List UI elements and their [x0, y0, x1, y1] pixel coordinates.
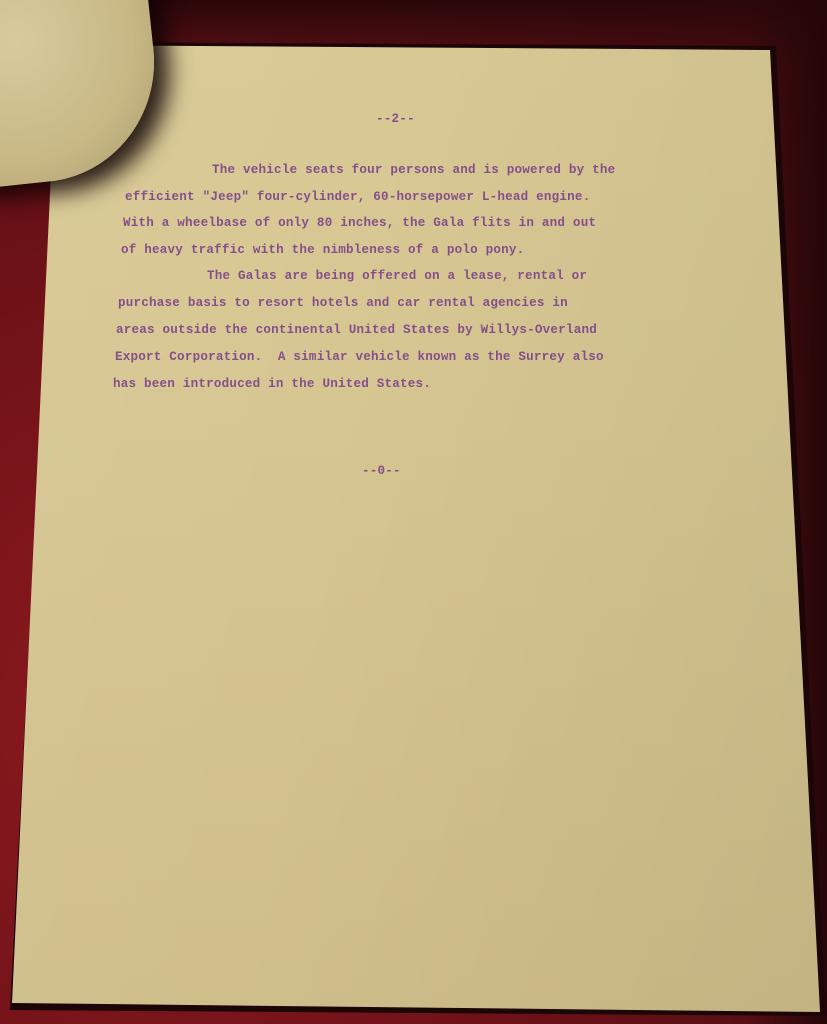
paragraph-1-line-2: efficient "Jeep" four-cylinder, 60-horse… — [125, 190, 590, 204]
paragraph-2-line-1: The Galas are being offered on a lease, … — [207, 269, 587, 283]
page-number: --2-- — [376, 112, 415, 126]
paragraph-1-line-1: The vehicle seats four persons and is po… — [212, 163, 615, 177]
paragraph-2-line-4: Export Corporation. A similar vehicle kn… — [115, 350, 604, 364]
paragraph-2-line-2: purchase basis to resort hotels and car … — [118, 296, 568, 310]
paragraph-1-line-3: With a wheelbase of only 80 inches, the … — [123, 216, 596, 230]
typed-page — [0, 0, 827, 1024]
paragraph-2-line-3: areas outside the continental United Sta… — [116, 323, 597, 337]
paragraph-1-line-4: of heavy traffic with the nimbleness of … — [121, 243, 524, 257]
paragraph-2-line-5: has been introduced in the United States… — [113, 377, 431, 391]
end-mark: --0-- — [362, 464, 401, 478]
